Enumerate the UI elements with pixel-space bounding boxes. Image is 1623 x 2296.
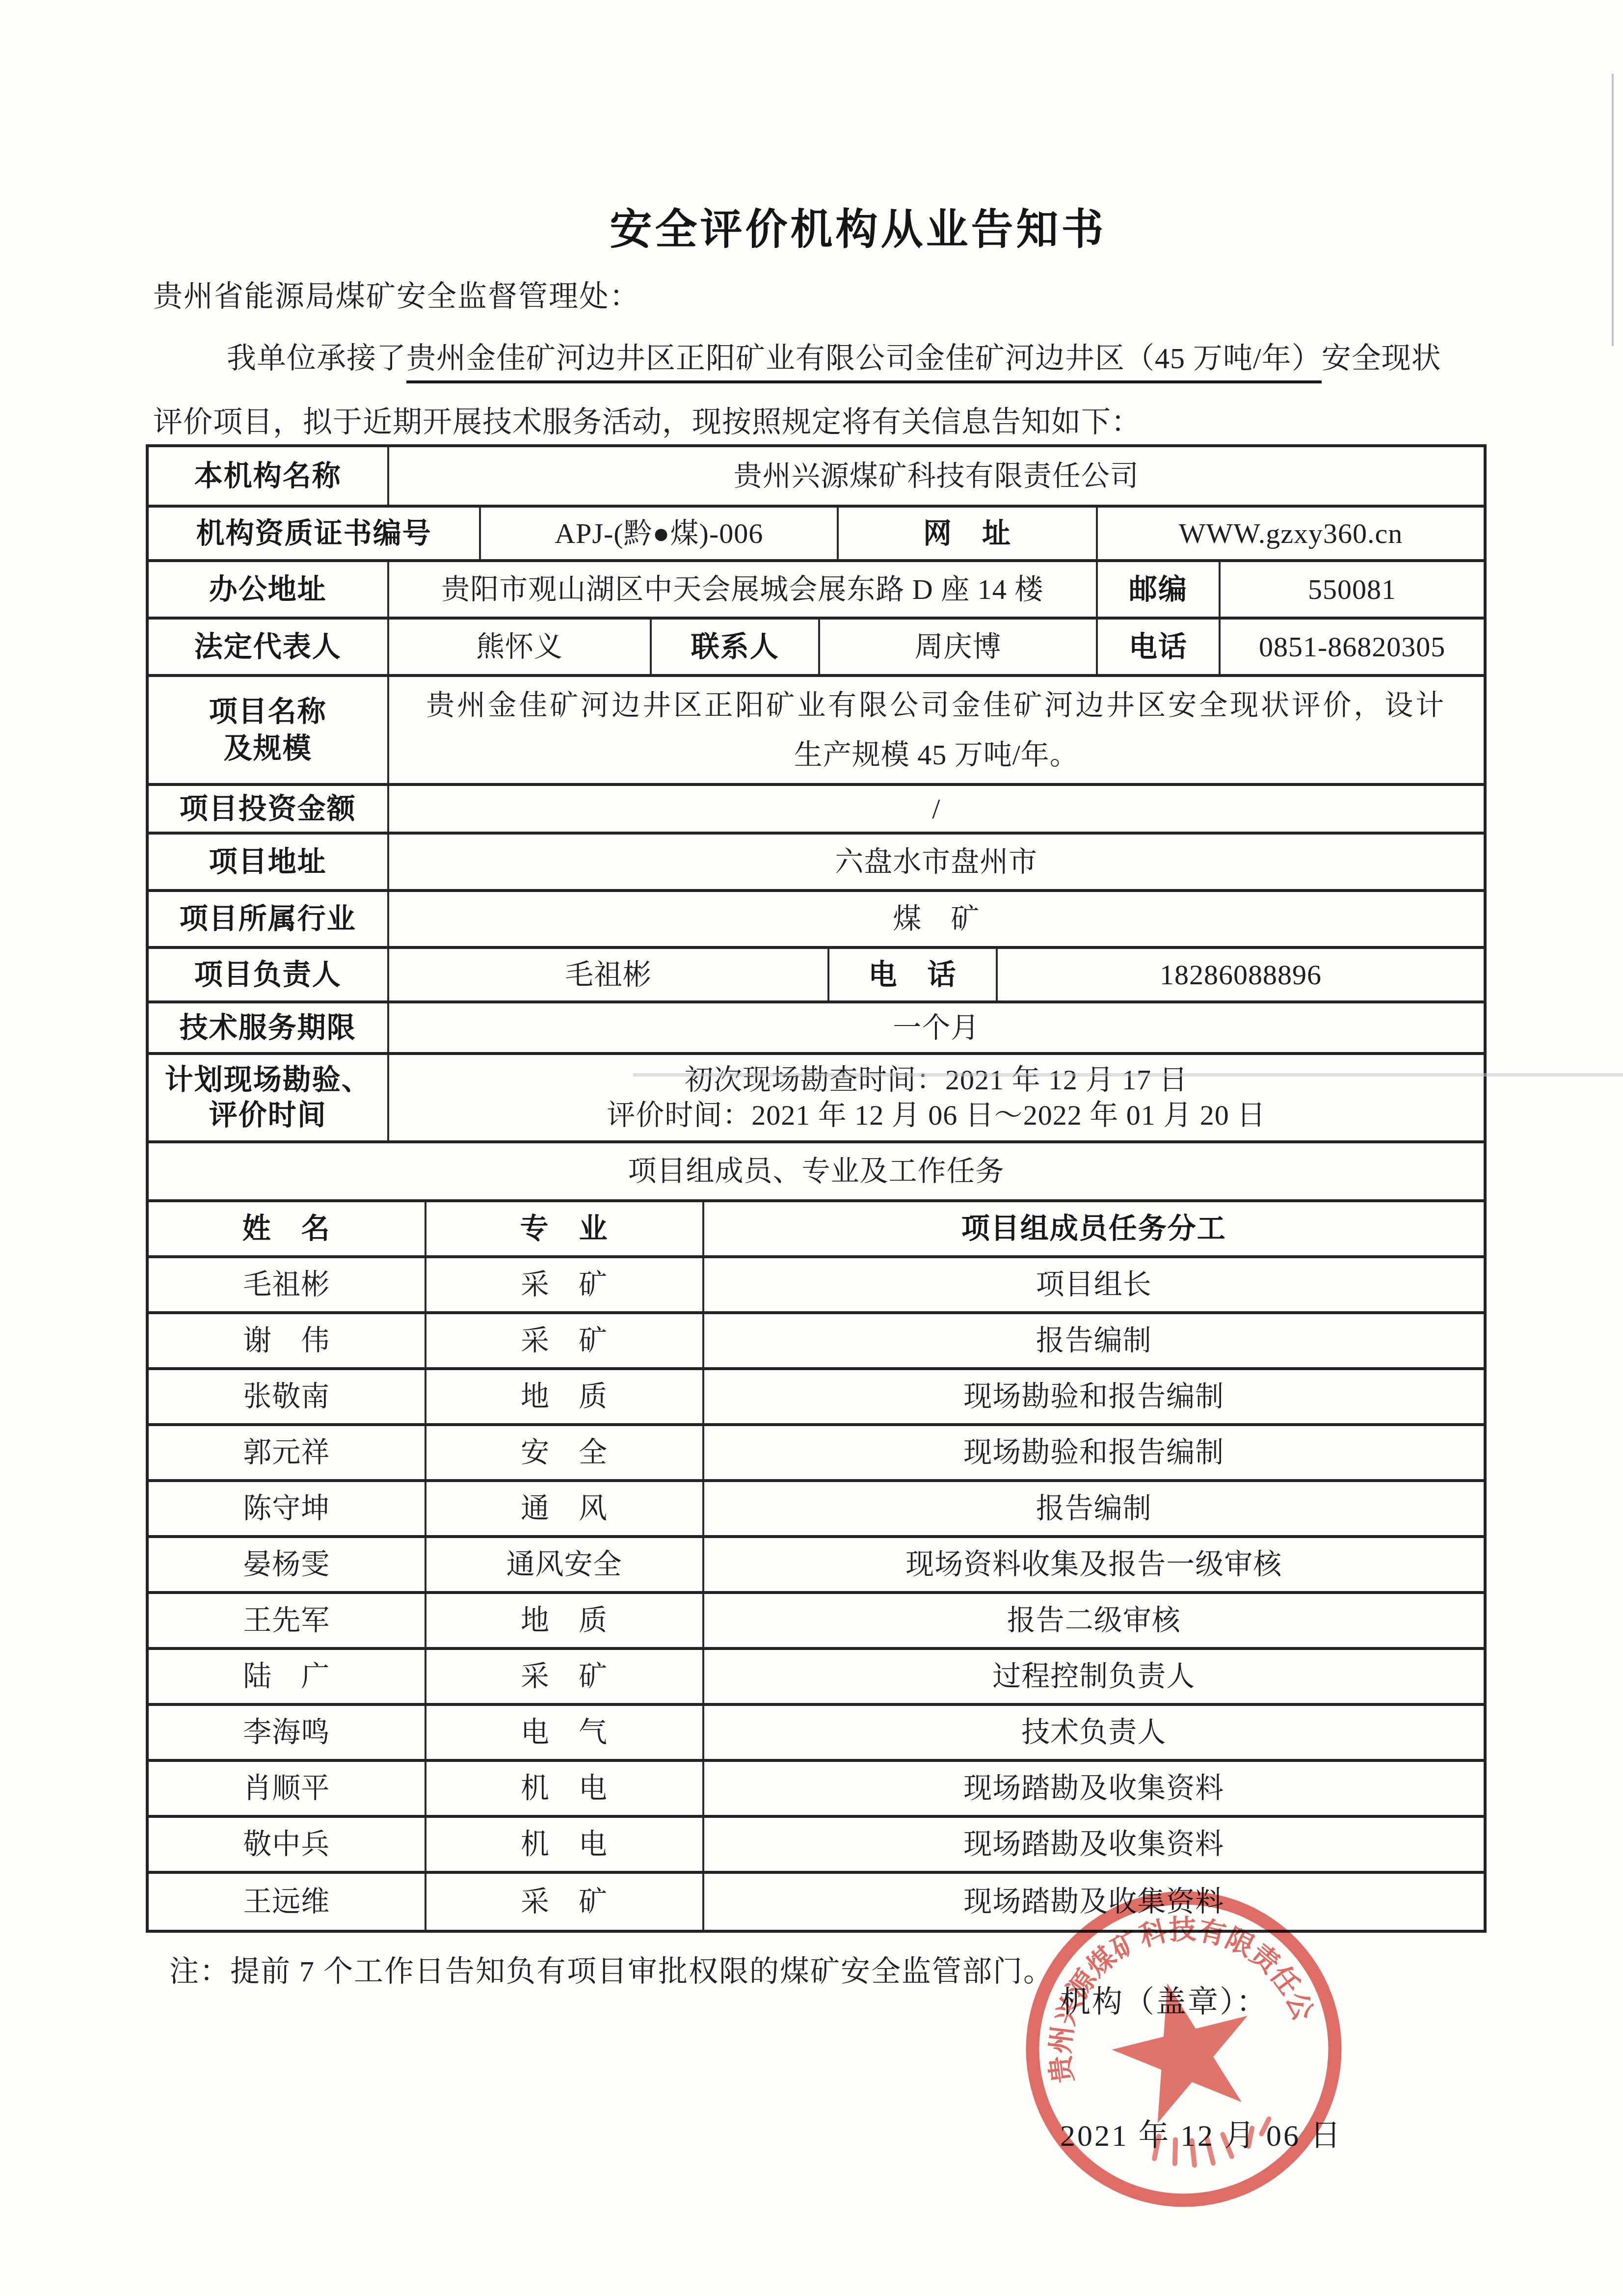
team-header-major: 专 业 bbox=[426, 1202, 704, 1255]
row-project-name-scale: 项目名称 及规模 贵州金佳矿河边井区正阳矿业有限公司金佳矿河边井区安全现状评价，… bbox=[149, 677, 1484, 786]
project-value-line1: 贵州金佳矿河边井区正阳矿业有限公司金佳矿河边井区安全现状评价，设计 bbox=[426, 687, 1446, 724]
team-member-row: 王远维 采 矿 现场踏勘及收集资料 bbox=[149, 1874, 1484, 1930]
member-major: 电 气 bbox=[426, 1706, 704, 1759]
project-label-line1: 项目名称 bbox=[209, 693, 327, 730]
postcode-value: 550081 bbox=[1221, 562, 1484, 617]
leader-label: 项目负责人 bbox=[149, 949, 389, 1000]
legal-rep-label: 法定代表人 bbox=[149, 620, 389, 674]
intro-lead: 我单位承接了 bbox=[227, 342, 406, 375]
row-service-duration: 技术服务期限 一个月 bbox=[149, 1003, 1484, 1055]
member-major: 安 全 bbox=[426, 1426, 704, 1479]
member-major: 采 矿 bbox=[426, 1874, 704, 1930]
duration-value: 一个月 bbox=[389, 1003, 1484, 1052]
schedule-label: 计划现场勘验、 评价时间 bbox=[149, 1055, 389, 1140]
member-task: 技术负责人 bbox=[704, 1706, 1484, 1759]
industry-value: 煤 矿 bbox=[389, 892, 1484, 946]
row-industry: 项目所属行业 煤 矿 bbox=[149, 892, 1484, 949]
leader-tel-value: 18286088896 bbox=[998, 949, 1484, 1000]
member-major: 地 质 bbox=[426, 1370, 704, 1423]
member-major: 地 质 bbox=[426, 1594, 704, 1647]
team-member-row: 陈守坤 通 风 报告编制 bbox=[149, 1482, 1484, 1538]
note-line: 注：提前 7 个工作日告知负有项目审批权限的煤矿安全监管部门。 bbox=[169, 1948, 1054, 1990]
salutation-line: 贵州省能源局煤矿安全监督管理处： bbox=[153, 273, 640, 315]
document-title: 安全评价机构从业告知书 bbox=[93, 195, 1623, 256]
team-header-task: 项目组成员任务分工 bbox=[704, 1202, 1484, 1255]
schedule-value: 初次现场勘查时间：2021 年 12 月 17 日 评价时间：2021 年 12… bbox=[389, 1055, 1484, 1140]
row-project-leader: 项目负责人 毛祖彬 电 话 18286088896 bbox=[149, 949, 1484, 1003]
scan-artifact-horizontal-smear bbox=[633, 1073, 1623, 1077]
schedule-line1: 初次现场勘查时间：2021 年 12 月 17 日 bbox=[685, 1062, 1188, 1098]
member-name: 陈守坤 bbox=[149, 1482, 426, 1535]
investment-label: 项目投资金额 bbox=[149, 786, 389, 832]
member-task: 现场踏勘及收集资料 bbox=[704, 1762, 1484, 1815]
schedule-label-line2: 评价时间 bbox=[209, 1098, 327, 1134]
member-task: 现场勘验和报告编制 bbox=[704, 1426, 1484, 1479]
member-task: 现场资料收集及报告一级审核 bbox=[704, 1538, 1484, 1591]
member-major: 机 电 bbox=[426, 1818, 704, 1871]
project-name-scale-value: 贵州金佳矿河边井区正阳矿业有限公司金佳矿河边井区安全现状评价，设计 生产规模 4… bbox=[389, 677, 1484, 783]
team-member-row: 敬中兵 机 电 现场踏勘及收集资料 bbox=[149, 1818, 1484, 1874]
team-header-name: 姓 名 bbox=[149, 1202, 426, 1255]
notification-info-table: 本机构名称 贵州兴源煤矿科技有限责任公司 机构资质证书编号 APJ-(黔●煤)-… bbox=[146, 444, 1487, 1933]
duration-label: 技术服务期限 bbox=[149, 1003, 389, 1052]
member-task: 报告编制 bbox=[704, 1482, 1484, 1535]
member-name: 李海鸣 bbox=[149, 1706, 426, 1759]
team-member-row: 王先军 地 质 报告二级审核 bbox=[149, 1594, 1484, 1650]
member-name: 肖顺平 bbox=[149, 1762, 426, 1815]
location-label: 项目地址 bbox=[149, 835, 389, 889]
member-name: 陆 广 bbox=[149, 1650, 426, 1703]
office-address-label: 办公地址 bbox=[149, 562, 389, 617]
member-task: 过程控制负责人 bbox=[704, 1650, 1484, 1703]
team-member-row: 陆 广 采 矿 过程控制负责人 bbox=[149, 1650, 1484, 1706]
postcode-label: 邮编 bbox=[1098, 562, 1221, 617]
cert-no-label: 机构资质证书编号 bbox=[149, 508, 481, 559]
website-value: WWW.gzxy360.cn bbox=[1098, 508, 1484, 559]
member-major: 机 电 bbox=[426, 1762, 704, 1815]
date-line: 2021 年 12 月 06 日 bbox=[1060, 2111, 1343, 2155]
team-member-row: 毛祖彬 采 矿 项目组长 bbox=[149, 1258, 1484, 1314]
member-major: 通风安全 bbox=[426, 1538, 704, 1591]
leader-tel-label: 电 话 bbox=[829, 949, 998, 1000]
row-cert-website: 机构资质证书编号 APJ-(黔●煤)-006 网 址 WWW.gzxy360.c… bbox=[149, 508, 1484, 562]
member-name: 张敬南 bbox=[149, 1370, 426, 1423]
member-name: 谢 伟 bbox=[149, 1314, 426, 1367]
member-task: 报告编制 bbox=[704, 1314, 1484, 1367]
team-member-row: 郭元祥 安 全 现场勘验和报告编制 bbox=[149, 1426, 1484, 1482]
row-schedule: 计划现场勘验、 评价时间 初次现场勘查时间：2021 年 12 月 17 日 评… bbox=[149, 1055, 1484, 1143]
schedule-line2: 评价时间：2021 年 12 月 06 日～2022 年 01 月 20 日 bbox=[607, 1098, 1266, 1134]
org-name-value: 贵州兴源煤矿科技有限责任公司 bbox=[389, 447, 1484, 505]
contact-label: 联系人 bbox=[652, 620, 820, 674]
row-project-location: 项目地址 六盘水市盘州市 bbox=[149, 835, 1484, 892]
org-name-label: 本机构名称 bbox=[149, 447, 389, 505]
team-member-row: 肖顺平 机 电 现场踏勘及收集资料 bbox=[149, 1762, 1484, 1818]
project-value-line2: 生产规模 45 万吨/年。 bbox=[794, 736, 1079, 773]
schedule-label-line1: 计划现场勘验、 bbox=[165, 1062, 371, 1098]
office-address-value: 贵阳市观山湖区中天会展城会展东路 D 座 14 楼 bbox=[389, 562, 1098, 617]
team-member-row: 李海鸣 电 气 技术负责人 bbox=[149, 1706, 1484, 1762]
row-team-header: 姓 名 专 业 项目组成员任务分工 bbox=[149, 1202, 1484, 1258]
legal-rep-value: 熊怀义 bbox=[389, 620, 652, 674]
member-name: 敬中兵 bbox=[149, 1818, 426, 1871]
leader-value: 毛祖彬 bbox=[389, 949, 830, 1000]
website-label: 网 址 bbox=[839, 508, 1098, 559]
member-task: 报告二级审核 bbox=[704, 1594, 1484, 1647]
row-org-name: 本机构名称 贵州兴源煤矿科技有限责任公司 bbox=[149, 447, 1484, 508]
investment-value: / bbox=[389, 786, 1484, 832]
team-member-row: 谢 伟 采 矿 报告编制 bbox=[149, 1314, 1484, 1370]
member-name: 王先军 bbox=[149, 1594, 426, 1647]
tel-label: 电话 bbox=[1098, 620, 1221, 674]
member-task: 现场踏勘及收集资料 bbox=[704, 1818, 1484, 1871]
member-major: 通 风 bbox=[426, 1482, 704, 1535]
tel-value: 0851-86820305 bbox=[1221, 620, 1484, 674]
intro-paragraph-line1: 我单位承接了贵州金佳矿河边井区正阳矿业有限公司金佳矿河边井区（45 万吨/年）安… bbox=[227, 335, 1441, 377]
intro-tail: 安全现状 bbox=[1322, 342, 1441, 375]
team-section-title: 项目组成员、专业及工作任务 bbox=[149, 1143, 1484, 1199]
cert-no-value: APJ-(黔●煤)-006 bbox=[481, 508, 839, 559]
project-name-scale-label: 项目名称 及规模 bbox=[149, 677, 389, 783]
industry-label: 项目所属行业 bbox=[149, 892, 389, 946]
member-major: 采 矿 bbox=[426, 1650, 704, 1703]
member-name: 王远维 bbox=[149, 1874, 426, 1930]
row-investment: 项目投资金额 / bbox=[149, 786, 1484, 835]
contact-value: 周庆博 bbox=[820, 620, 1098, 674]
team-member-row: 张敬南 地 质 现场勘验和报告编制 bbox=[149, 1370, 1484, 1426]
team-member-row: 晏杨雯 通风安全 现场资料收集及报告一级审核 bbox=[149, 1538, 1484, 1594]
member-major: 采 矿 bbox=[426, 1314, 704, 1367]
intro-underlined-project-name: 贵州金佳矿河边井区正阳矿业有限公司金佳矿河边井区（45 万吨/年） bbox=[406, 342, 1322, 383]
row-office-address: 办公地址 贵阳市观山湖区中天会展城会展东路 D 座 14 楼 邮编 550081 bbox=[149, 562, 1484, 620]
member-name: 晏杨雯 bbox=[149, 1538, 426, 1591]
member-name: 郭元祥 bbox=[149, 1426, 426, 1479]
project-label-line2: 及规模 bbox=[224, 730, 312, 767]
row-team-section-title: 项目组成员、专业及工作任务 bbox=[149, 1143, 1484, 1202]
scan-artifact-vertical-line bbox=[1612, 74, 1614, 346]
seal-label: 机构（盖章）： bbox=[1060, 1977, 1268, 2021]
intro-paragraph-line2: 评价项目，拟于近期开展技术服务活动，现按照规定将有关信息告知如下： bbox=[153, 399, 1141, 441]
row-legal-rep: 法定代表人 熊怀义 联系人 周庆博 电话 0851-86820305 bbox=[149, 620, 1484, 677]
member-task: 现场踏勘及收集资料 bbox=[704, 1874, 1484, 1930]
scanned-document-page: 安全评价机构从业告知书 贵州省能源局煤矿安全监督管理处： 我单位承接了贵州金佳矿… bbox=[0, 0, 1623, 2296]
location-value: 六盘水市盘州市 bbox=[389, 835, 1484, 889]
member-task: 项目组长 bbox=[704, 1258, 1484, 1311]
member-task: 现场勘验和报告编制 bbox=[704, 1370, 1484, 1423]
member-major: 采 矿 bbox=[426, 1258, 704, 1311]
member-name: 毛祖彬 bbox=[149, 1258, 426, 1311]
